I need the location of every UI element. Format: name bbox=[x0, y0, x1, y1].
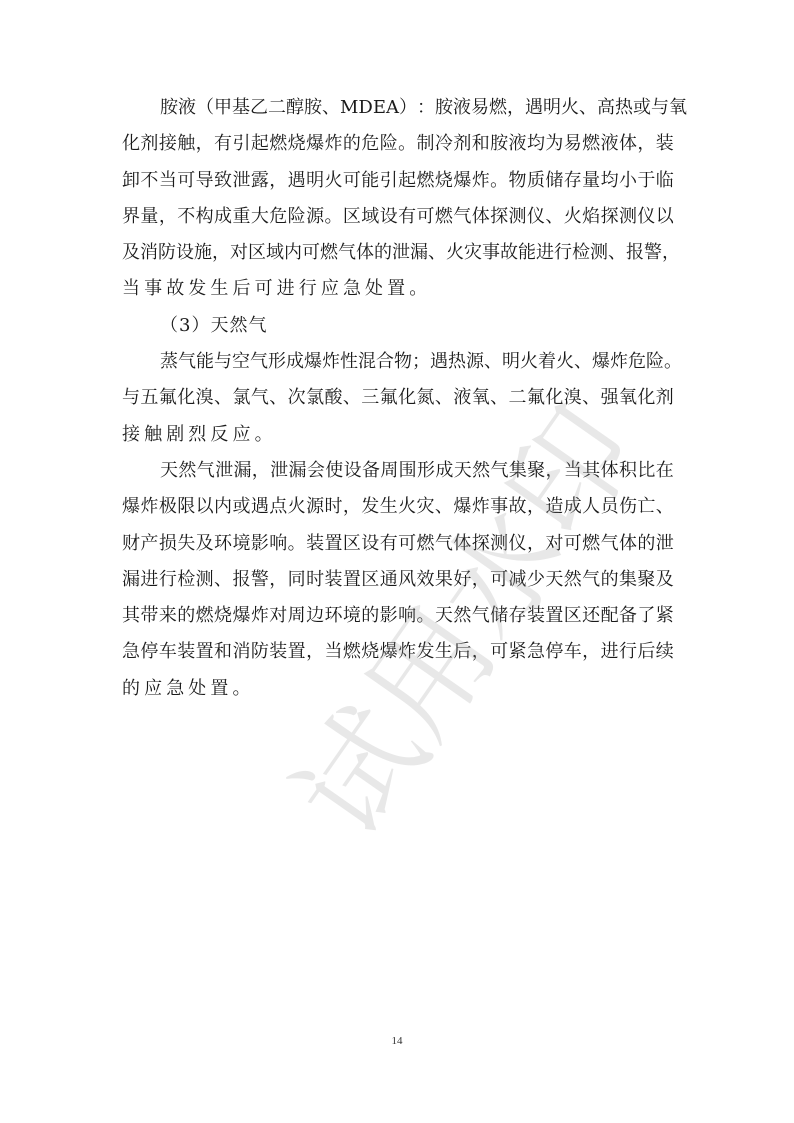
paragraph-line: 财产损失及环境影响。装置区设有可燃气体探测仪，对可燃气体的泄 bbox=[122, 526, 674, 562]
paragraph-line: 化剂接触，有引起燃烧爆炸的危险。制冷剂和胺液均为易燃液体，装 bbox=[122, 126, 674, 162]
paragraph-line: 蒸气能与空气形成爆炸性混合物；遇热源、明火着火、爆炸危险。 bbox=[122, 344, 674, 380]
paragraph-line: 界量，不构成重大危险源。区域设有可燃气体探测仪、火焰探测仪以 bbox=[122, 199, 674, 235]
paragraph-line: 漏进行检测、报警，同时装置区通风效果好，可减少天然气的集聚及 bbox=[122, 562, 674, 598]
paragraph-line: 当事故发生后可进行应急处置。 bbox=[122, 271, 674, 307]
page-number: 14 bbox=[0, 1035, 794, 1047]
paragraph-line: 急停车装置和消防装置，当燃烧爆炸发生后，可紧急停车，进行后续 bbox=[122, 634, 674, 670]
document-page: 胺液（甲基乙二醇胺、MDEA）：胺液易燃，遇明火、高热或与氧 化剂接触，有引起燃… bbox=[0, 0, 794, 1123]
paragraph-line: 爆炸极限以内或遇点火源时，发生火灾、爆炸事故，造成人员伤亡、 bbox=[122, 489, 674, 525]
page-content: 胺液（甲基乙二醇胺、MDEA）：胺液易燃，遇明火、高热或与氧 化剂接触，有引起燃… bbox=[122, 90, 674, 707]
paragraph-line: 天然气泄漏，泄漏会使设备周围形成天然气集聚，当其体积比在 bbox=[122, 453, 674, 489]
paragraph-line: 其带来的燃烧爆炸对周边环境的影响。天然气储存装置区还配备了紧 bbox=[122, 598, 674, 634]
paragraph-line: 及消防设施，对区域内可燃气体的泄漏、火灾事故能进行检测、报警， bbox=[122, 235, 674, 271]
paragraph-line: 胺液（甲基乙二醇胺、MDEA）：胺液易燃，遇明火、高热或与氧 bbox=[122, 90, 674, 126]
paragraph-line: 接触剧烈反应。 bbox=[122, 417, 674, 453]
paragraph-line: 的应急处置。 bbox=[122, 671, 674, 707]
paragraph-line: 与五氟化溴、氯气、次氯酸、三氟化氮、液氧、二氟化溴、强氧化剂 bbox=[122, 380, 674, 416]
paragraph-line: 卸不当可导致泄露，遇明火可能引起燃烧爆炸。物质储存量均小于临 bbox=[122, 163, 674, 199]
section-heading: （3）天然气 bbox=[122, 308, 674, 344]
